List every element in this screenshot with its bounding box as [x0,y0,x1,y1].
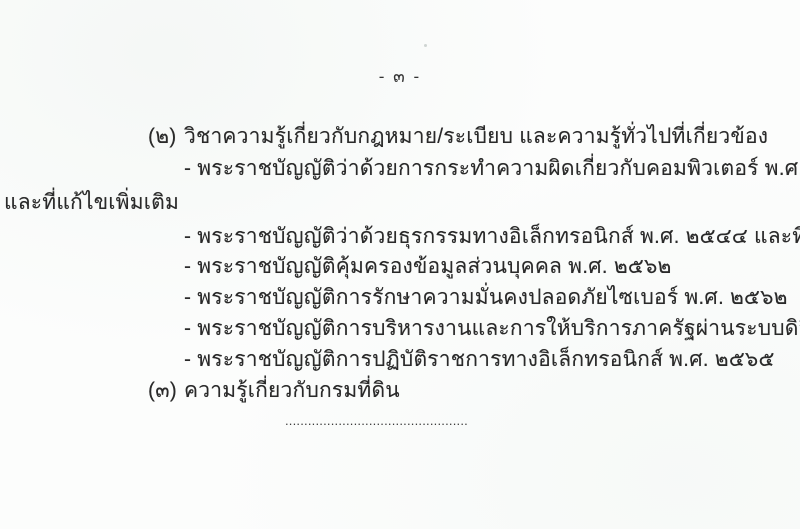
law-item-digital-government-act: - พระราชบัญญัติการบริหารงานและการให้บริก… [184,316,800,342]
section-item-2: (๒) วิชาความรู้เกี่ยวกับกฎหมาย/ระเบียบ แ… [148,124,768,150]
item-2-marker: (๒) [148,124,184,150]
item-3-text: ความรู้เกี่ยวกับกรมที่ดิน [184,378,400,404]
law-item-electronic-administration-act: - พระราชบัญญัติการปฏิบัติราชการทางอิเล็ก… [184,347,775,373]
dotted-divider: ........................................… [285,412,468,430]
law-item-personal-data-protection-act: - พระราชบัญญัติคุ้มครองข้อมูลส่วนบุคคล พ… [184,254,672,280]
section-item-3: (๓) ความรู้เกี่ยวกับกรมที่ดิน [148,378,400,404]
law-item-continuation-text: และที่แก้ไขเพิ่มเติม [4,190,179,216]
item-3-marker: (๓) [148,378,184,404]
law-item-computer-crime-act: - พระราชบัญญัติว่าด้วยการกระทำความผิดเกี… [184,156,800,182]
law-item-electronic-transactions-act: - พระราชบัญญัติว่าด้วยธุรกรรมทางอิเล็กทร… [184,224,800,250]
item-2-text: วิชาความรู้เกี่ยวกับกฎหมาย/ระเบียบ และคว… [184,124,768,150]
page-number: - ๓ - [0,66,800,88]
law-item-cybersecurity-act: - พระราชบัญญัติการรักษาความมั่นคงปลอดภัย… [184,285,788,311]
scan-speck [424,44,427,47]
document-page: - ๓ - (๒) วิชาความรู้เกี่ยวกับกฎหมาย/ระเ… [0,0,800,529]
